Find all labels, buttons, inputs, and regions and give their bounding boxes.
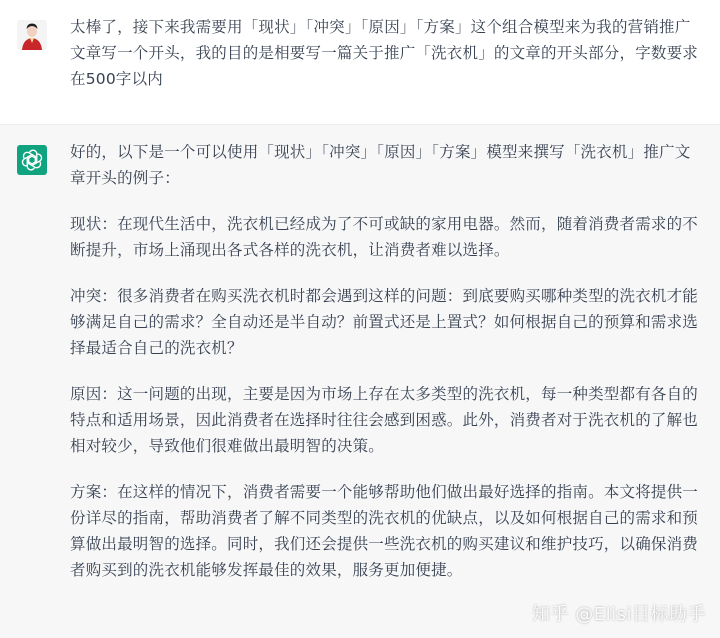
user-portrait-avatar-icon [17,20,47,50]
user-message: 太棒了，接下来我需要用「现状」「冲突」「原因」「方案」这个组合模型来为我的营销推… [0,0,720,125]
user-message-paragraph: 太棒了，接下来我需要用「现状」「冲突」「原因」「方案」这个组合模型来为我的营销推… [70,14,706,92]
assistant-message: 好的，以下是一个可以使用「现状」「冲突」「原因」「方案」模型来撰写「洗衣机」推广… [0,125,720,638]
user-avatar [17,20,47,50]
assistant-intro-paragraph: 好的，以下是一个可以使用「现状」「冲突」「原因」「方案」模型来撰写「洗衣机」推广… [70,139,706,191]
assistant-avatar [17,145,47,175]
user-message-text: 太棒了，接下来我需要用「现状」「冲突」「原因」「方案」这个组合模型来为我的营销推… [70,14,706,92]
assistant-message-text: 好的，以下是一个可以使用「现状」「冲突」「原因」「方案」模型来撰写「洗衣机」推广… [70,139,706,603]
zhihu-watermark: 知乎 @Elisi目标助手 [532,600,706,626]
chatgpt-logo-icon [21,149,43,171]
assistant-status-paragraph: 现状：在现代生活中，洗衣机已经成为了不可或缺的家用电器。然而，随着消费者需求的不… [70,211,706,263]
assistant-cause-paragraph: 原因：这一问题的出现，主要是因为市场上存在太多类型的洗衣机，每一种类型都有各自的… [70,381,706,459]
assistant-solution-paragraph: 方案：在这样的情况下，消费者需要一个能够帮助他们做出最好选择的指南。本文将提供一… [70,479,706,583]
assistant-conflict-paragraph: 冲突：很多消费者在购买洗衣机时都会遇到这样的问题：到底要购买哪种类型的洗衣机才能… [70,283,706,361]
